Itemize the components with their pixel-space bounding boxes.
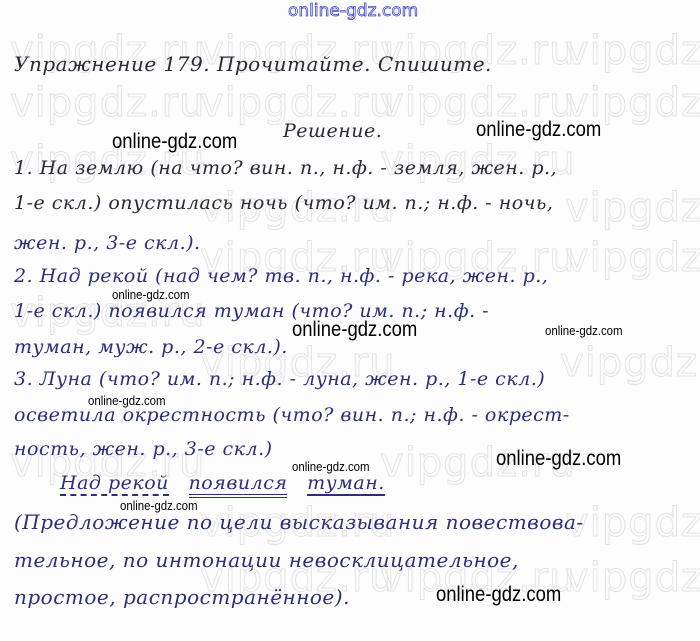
characteristic-line: простое, распространённое). [14,585,350,609]
top-watermark: online-gdz.com [288,1,418,21]
background-watermark: vipgdz.ru [10,80,205,126]
characteristic-line: тельное, по интонации невосклицательное, [14,548,519,572]
overlay-watermark: online-gdz.com [112,130,237,154]
homework-page: vipgdz.ru vipgdz.ru vipgdz.ru vipgdz.ru … [0,0,700,641]
background-watermark: vipgdz.ru [565,500,700,546]
overlay-watermark: online-gdz.com [112,287,190,302]
parsed-sentence: Над рекой появился туман. [60,472,385,494]
overlay-watermark: online-gdz.com [120,498,198,513]
predicate-part: появился [189,472,288,498]
solution-line: туман, муж. р., 2-е скл.). [14,336,288,358]
space [175,472,182,494]
subject-part: туман. [307,472,385,496]
solution-line: 3. Луна (что? им. п.; н.ф. - луна, жен. … [14,368,545,390]
solution-line: 1. На землю (на что? вин. п., н.ф. - зем… [14,157,557,179]
background-watermark: vipgdz.ru [560,340,700,386]
overlay-watermark: online-gdz.com [496,447,621,471]
background-watermark: vipgdz.ru [565,235,700,281]
space [294,472,301,494]
exercise-heading: Упражнение 179. Прочитайте. Спишите. [14,52,492,76]
overlay-watermark: online-gdz.com [292,318,417,342]
overlay-watermark: online-gdz.com [88,393,166,408]
solution-line: жен. р., 3-е скл.). [14,232,201,254]
adverbial-part: Над рекой [60,472,169,496]
overlay-watermark: online-gdz.com [436,583,561,607]
overlay-watermark: online-gdz.com [476,118,601,142]
background-watermark: vipgdz.ru [565,28,700,74]
overlay-watermark: online-gdz.com [545,323,623,338]
solution-line: ность, жен. р., 3-е скл.) [14,438,273,460]
solution-line: 2. Над рекой (над чем? тв. п., н.ф. - ре… [14,265,548,287]
solution-line: 1-е скл.) появился туман (что? им. п.; н… [14,300,489,322]
overlay-watermark: online-gdz.com [292,459,370,474]
background-watermark: vipgdz.ru [565,185,700,231]
background-watermark: vipgdz.ru [565,555,700,601]
characteristic-line: (Предложение по цели высказывания повест… [14,510,584,534]
solution-title: Решение. [283,120,382,142]
solution-line: 1-е скл.) опустилась ночь (что? им. п.; … [14,192,553,214]
